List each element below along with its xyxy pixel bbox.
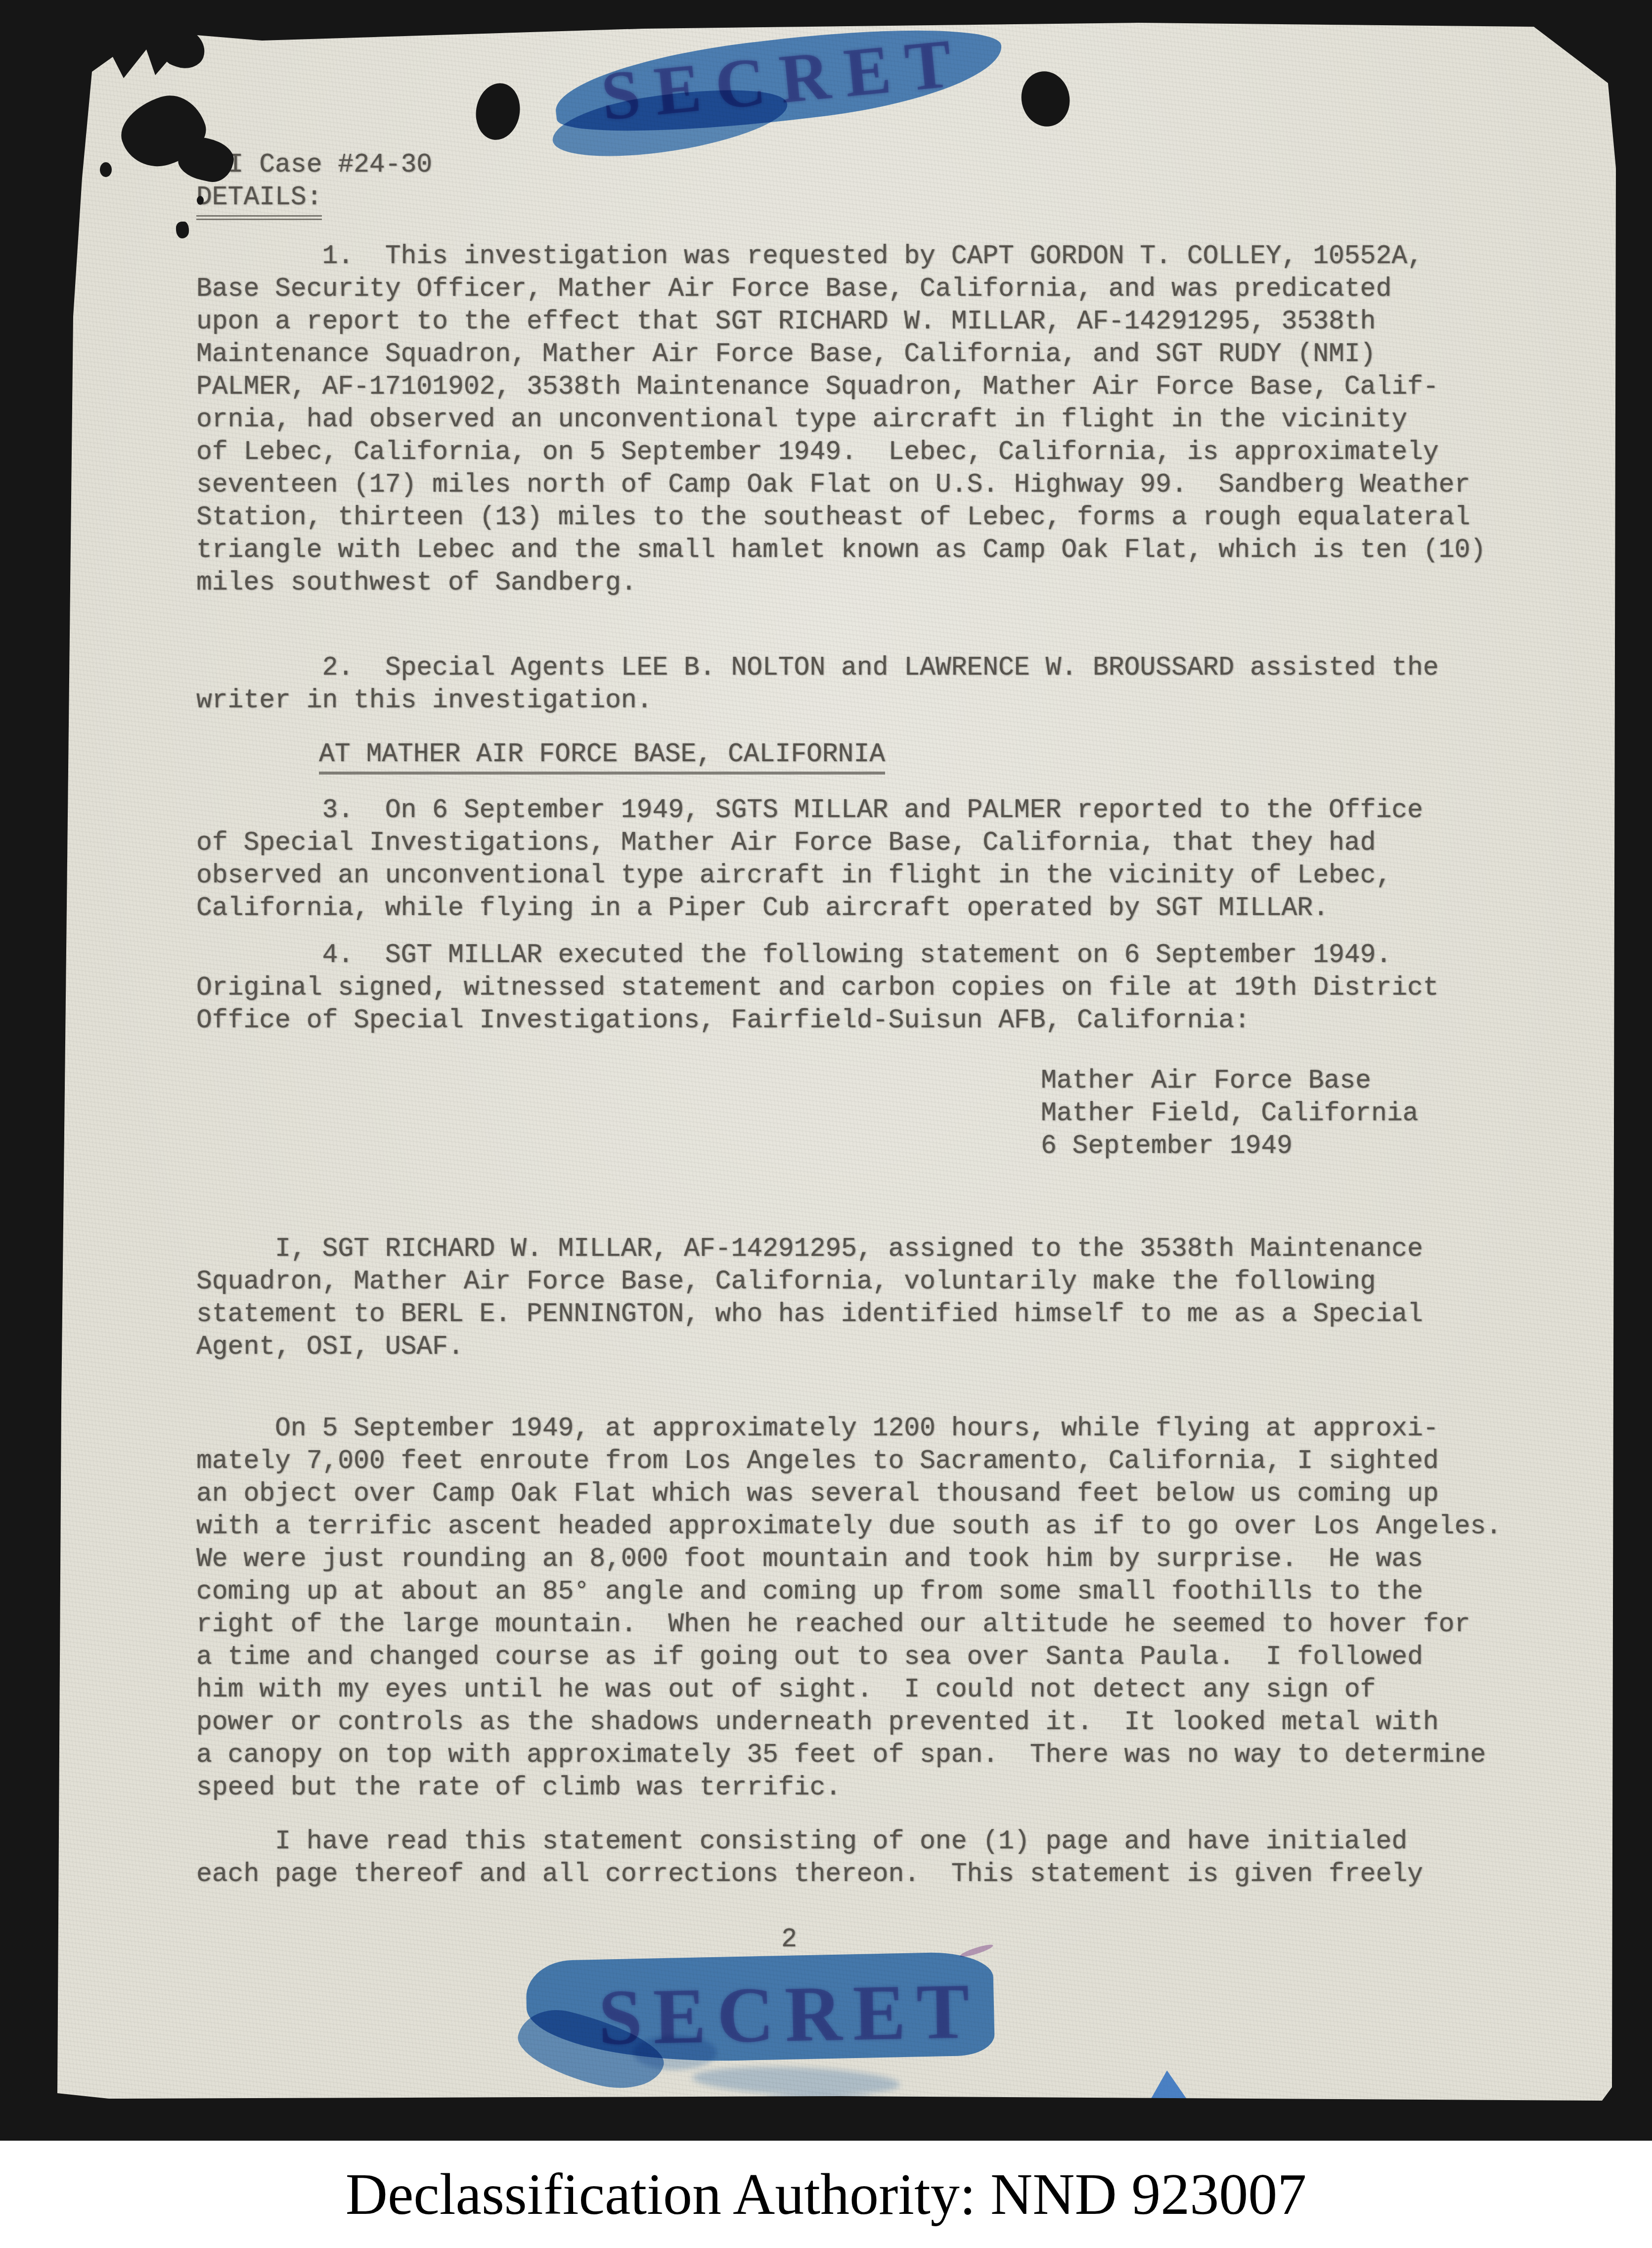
typed-line: 2. Special Agents LEE B. NOLTON and LAWR… bbox=[196, 651, 1439, 684]
typed-line: of Lebec, California, on 5 September 194… bbox=[196, 436, 1486, 468]
typed-line: Office of Special Investigations, Fairfi… bbox=[196, 1004, 1439, 1037]
typed-line: miles southwest of Sandberg. bbox=[196, 566, 1486, 599]
document-page: SECRET SECRET OSI Case #24-30 DETAILS: 1… bbox=[49, 20, 1619, 2102]
typed-line: him with my eyes until he was out of sig… bbox=[196, 1673, 1502, 1706]
typed-line: Squadron, Mather Air Force Base, Califor… bbox=[196, 1265, 1423, 1298]
typed-line: 6 September 1949 bbox=[1041, 1130, 1418, 1162]
typed-line: I have read this statement consisting of… bbox=[196, 1825, 1423, 1858]
paragraph-3: 3. On 6 September 1949, SGTS MILLAR and … bbox=[196, 794, 1423, 924]
typed-line: We were just rounding an 8,000 foot moun… bbox=[196, 1543, 1502, 1575]
typed-line: Maintenance Squadron, Mather Air Force B… bbox=[196, 338, 1486, 370]
typed-line: 1. This investigation was requested by C… bbox=[196, 240, 1486, 273]
paragraph-1: 1. This investigation was requested by C… bbox=[196, 240, 1486, 599]
typed-line: coming up at about an 85° angle and comi… bbox=[196, 1575, 1502, 1608]
typed-line: right of the large mountain. When he rea… bbox=[196, 1608, 1502, 1641]
typed-line: writer in this investigation. bbox=[196, 684, 1439, 717]
typed-line: Mather Air Force Base bbox=[1041, 1064, 1418, 1097]
typed-line: of Special Investigations, Mather Air Fo… bbox=[196, 826, 1423, 859]
section-heading-text: AT MATHER AIR FORCE BASE, CALIFORNIA bbox=[319, 739, 885, 775]
typed-line: 3. On 6 September 1949, SGTS MILLAR and … bbox=[196, 794, 1423, 826]
typed-line: observed an unconventional type aircraft… bbox=[196, 859, 1423, 892]
typed-line: Original signed, witnessed statement and… bbox=[196, 971, 1439, 1004]
typed-line: Agent, OSI, USAF. bbox=[196, 1330, 1423, 1363]
typed-line: speed but the rate of climb was terrific… bbox=[196, 1771, 1502, 1804]
declassification-text: Declassification Authority: NND 923007 bbox=[346, 2161, 1306, 2228]
ink-speck bbox=[100, 162, 112, 177]
punch-hole-left bbox=[472, 80, 525, 143]
typed-line: mately 7,000 feet enroute from Los Angel… bbox=[196, 1445, 1502, 1477]
typed-line: statement to BERL E. PENNINGTON, who has… bbox=[196, 1298, 1423, 1330]
typed-line: each page thereof and all corrections th… bbox=[196, 1858, 1423, 1890]
typed-line: triangle with Lebec and the small hamlet… bbox=[196, 534, 1486, 566]
blue-marker-speckle bbox=[766, 2093, 870, 2102]
declassification-bar: Declassification Authority: NND 923007 bbox=[0, 2141, 1652, 2248]
blue-ink-mark-bottom-edge bbox=[1150, 2070, 1188, 2101]
typed-line: Base Security Officer, Mather Air Force … bbox=[196, 273, 1486, 305]
statement-intro: I, SGT RICHARD W. MILLAR, AF-14291295, a… bbox=[196, 1233, 1423, 1363]
statement-body: On 5 September 1949, at approximately 12… bbox=[196, 1412, 1502, 1804]
typed-line: On 5 September 1949, at approximately 12… bbox=[196, 1412, 1502, 1445]
typed-line: Mather Field, California bbox=[1041, 1097, 1418, 1130]
typed-line: power or controls as the shadows underne… bbox=[196, 1706, 1502, 1739]
statement-closing: I have read this statement consisting of… bbox=[196, 1825, 1423, 1890]
typed-line: upon a report to the effect that SGT RIC… bbox=[196, 305, 1486, 338]
typed-line: I, SGT RICHARD W. MILLAR, AF-14291295, a… bbox=[196, 1233, 1423, 1265]
typed-line: California, while flying in a Piper Cub … bbox=[196, 892, 1423, 924]
paragraph-4: 4. SGT MILLAR executed the following sta… bbox=[196, 939, 1439, 1037]
typed-line: PALMER, AF-17101902, 3538th Maintenance … bbox=[196, 370, 1486, 403]
section-heading: AT MATHER AIR FORCE BASE, CALIFORNIA bbox=[319, 738, 885, 771]
details-heading: DETAILS: bbox=[196, 181, 322, 214]
scanned-document-screenshot: { "document": { "case_number": "OSI Case… bbox=[0, 0, 1652, 2248]
typed-line: with a terrific ascent headed approximat… bbox=[196, 1510, 1502, 1543]
page-number: 2 bbox=[781, 1923, 797, 1956]
details-heading-text: DETAILS: bbox=[196, 183, 322, 220]
typed-line: 4. SGT MILLAR executed the following sta… bbox=[196, 939, 1439, 971]
typed-line: seventeen (17) miles north of Camp Oak F… bbox=[196, 468, 1486, 501]
statement-address-block: Mather Air Force BaseMather Field, Calif… bbox=[1041, 1064, 1418, 1162]
ink-speck bbox=[197, 196, 204, 205]
torn-corner-mark bbox=[158, 23, 211, 74]
typed-line: Station, thirteen (13) miles to the sout… bbox=[196, 501, 1486, 534]
typed-line: a time and changed course as if going ou… bbox=[196, 1641, 1502, 1673]
punch-hole-right bbox=[1016, 67, 1074, 131]
ink-speck bbox=[176, 222, 189, 238]
paragraph-2: 2. Special Agents LEE B. NOLTON and LAWR… bbox=[196, 651, 1439, 717]
typed-line: ornia, had observed an unconventional ty… bbox=[196, 403, 1486, 436]
blue-marker-speckle bbox=[633, 2035, 717, 2070]
typed-line: a canopy on top with approximately 35 fe… bbox=[196, 1739, 1502, 1771]
typed-line: an object over Camp Oak Flat which was s… bbox=[196, 1477, 1502, 1510]
